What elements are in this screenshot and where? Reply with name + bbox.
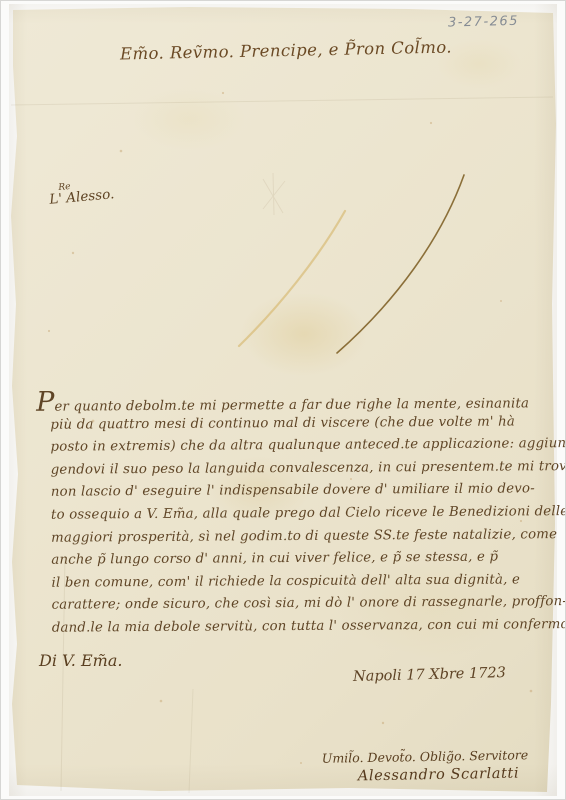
- body-line: dand.le la mia debole servitù, con tutta…: [38, 614, 550, 640]
- scanned-letter-page: 3-27-265 Em̃o. Reṽmo. Prencipe, e P̃ron …: [0, 0, 566, 800]
- letter-body: Per quanto debolm.te mi permette a far d…: [36, 388, 550, 640]
- closing-salutation: Di V. Em̃a.: [39, 651, 122, 670]
- archive-number: 3-27-265: [419, 14, 519, 32]
